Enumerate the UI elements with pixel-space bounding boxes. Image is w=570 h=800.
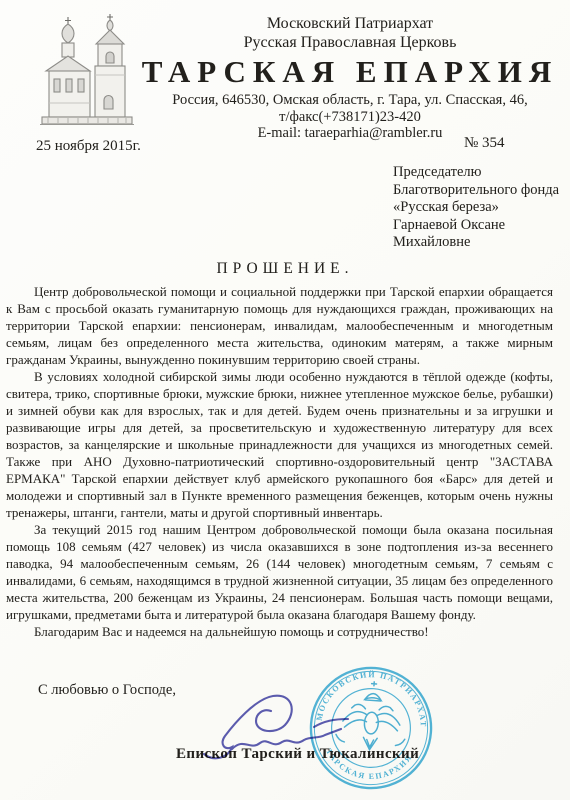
closing-salutation: С любовью о Господе, [38,682,176,699]
org-phone: т/факс(+738171)23-420 [138,109,562,126]
diocese-title: ТАРСКАЯ ЕПАРХИЯ [138,55,562,89]
recipient-block: Председателю Благотворительного фонда «Р… [393,164,559,252]
recipient-line: Председателю [393,164,559,182]
recipient-line: Михайловне [393,234,559,252]
org-address: Россия, 646530, Омская область, г. Тара,… [138,92,562,109]
body-paragraph: В условиях холодной сибирской зимы люди … [6,368,553,521]
subject-title: ПРОШЕНИЕ. [0,260,570,278]
recipient-line: Гарнаевой Оксане [393,217,559,235]
recipient-line: «Русская береза» [393,199,559,217]
letterhead: Московский Патриархат Русская Православн… [138,14,562,142]
church-illustration [38,13,136,131]
org-name-line2: Русская Православная Церковь [138,33,562,52]
org-name-line1: Московский Патриархат [138,14,562,33]
bishop-signature [198,688,363,780]
scanned-letter-page: Московский Патриархат Русская Православн… [0,0,570,800]
body-paragraph: Благодарим Вас и надеемся на дальнейшую … [6,623,553,640]
body-paragraph: За текущий 2015 год нашим Центром добров… [6,521,553,623]
letter-date: 25 ноября 2015г. [36,138,141,155]
recipient-line: Благотворительного фонда [393,182,559,200]
letter-number: № 354 [464,135,505,152]
body-paragraph: Центр добровольческой помощи и социально… [6,283,553,368]
letter-body: Центр добровольческой помощи и социально… [6,283,553,640]
